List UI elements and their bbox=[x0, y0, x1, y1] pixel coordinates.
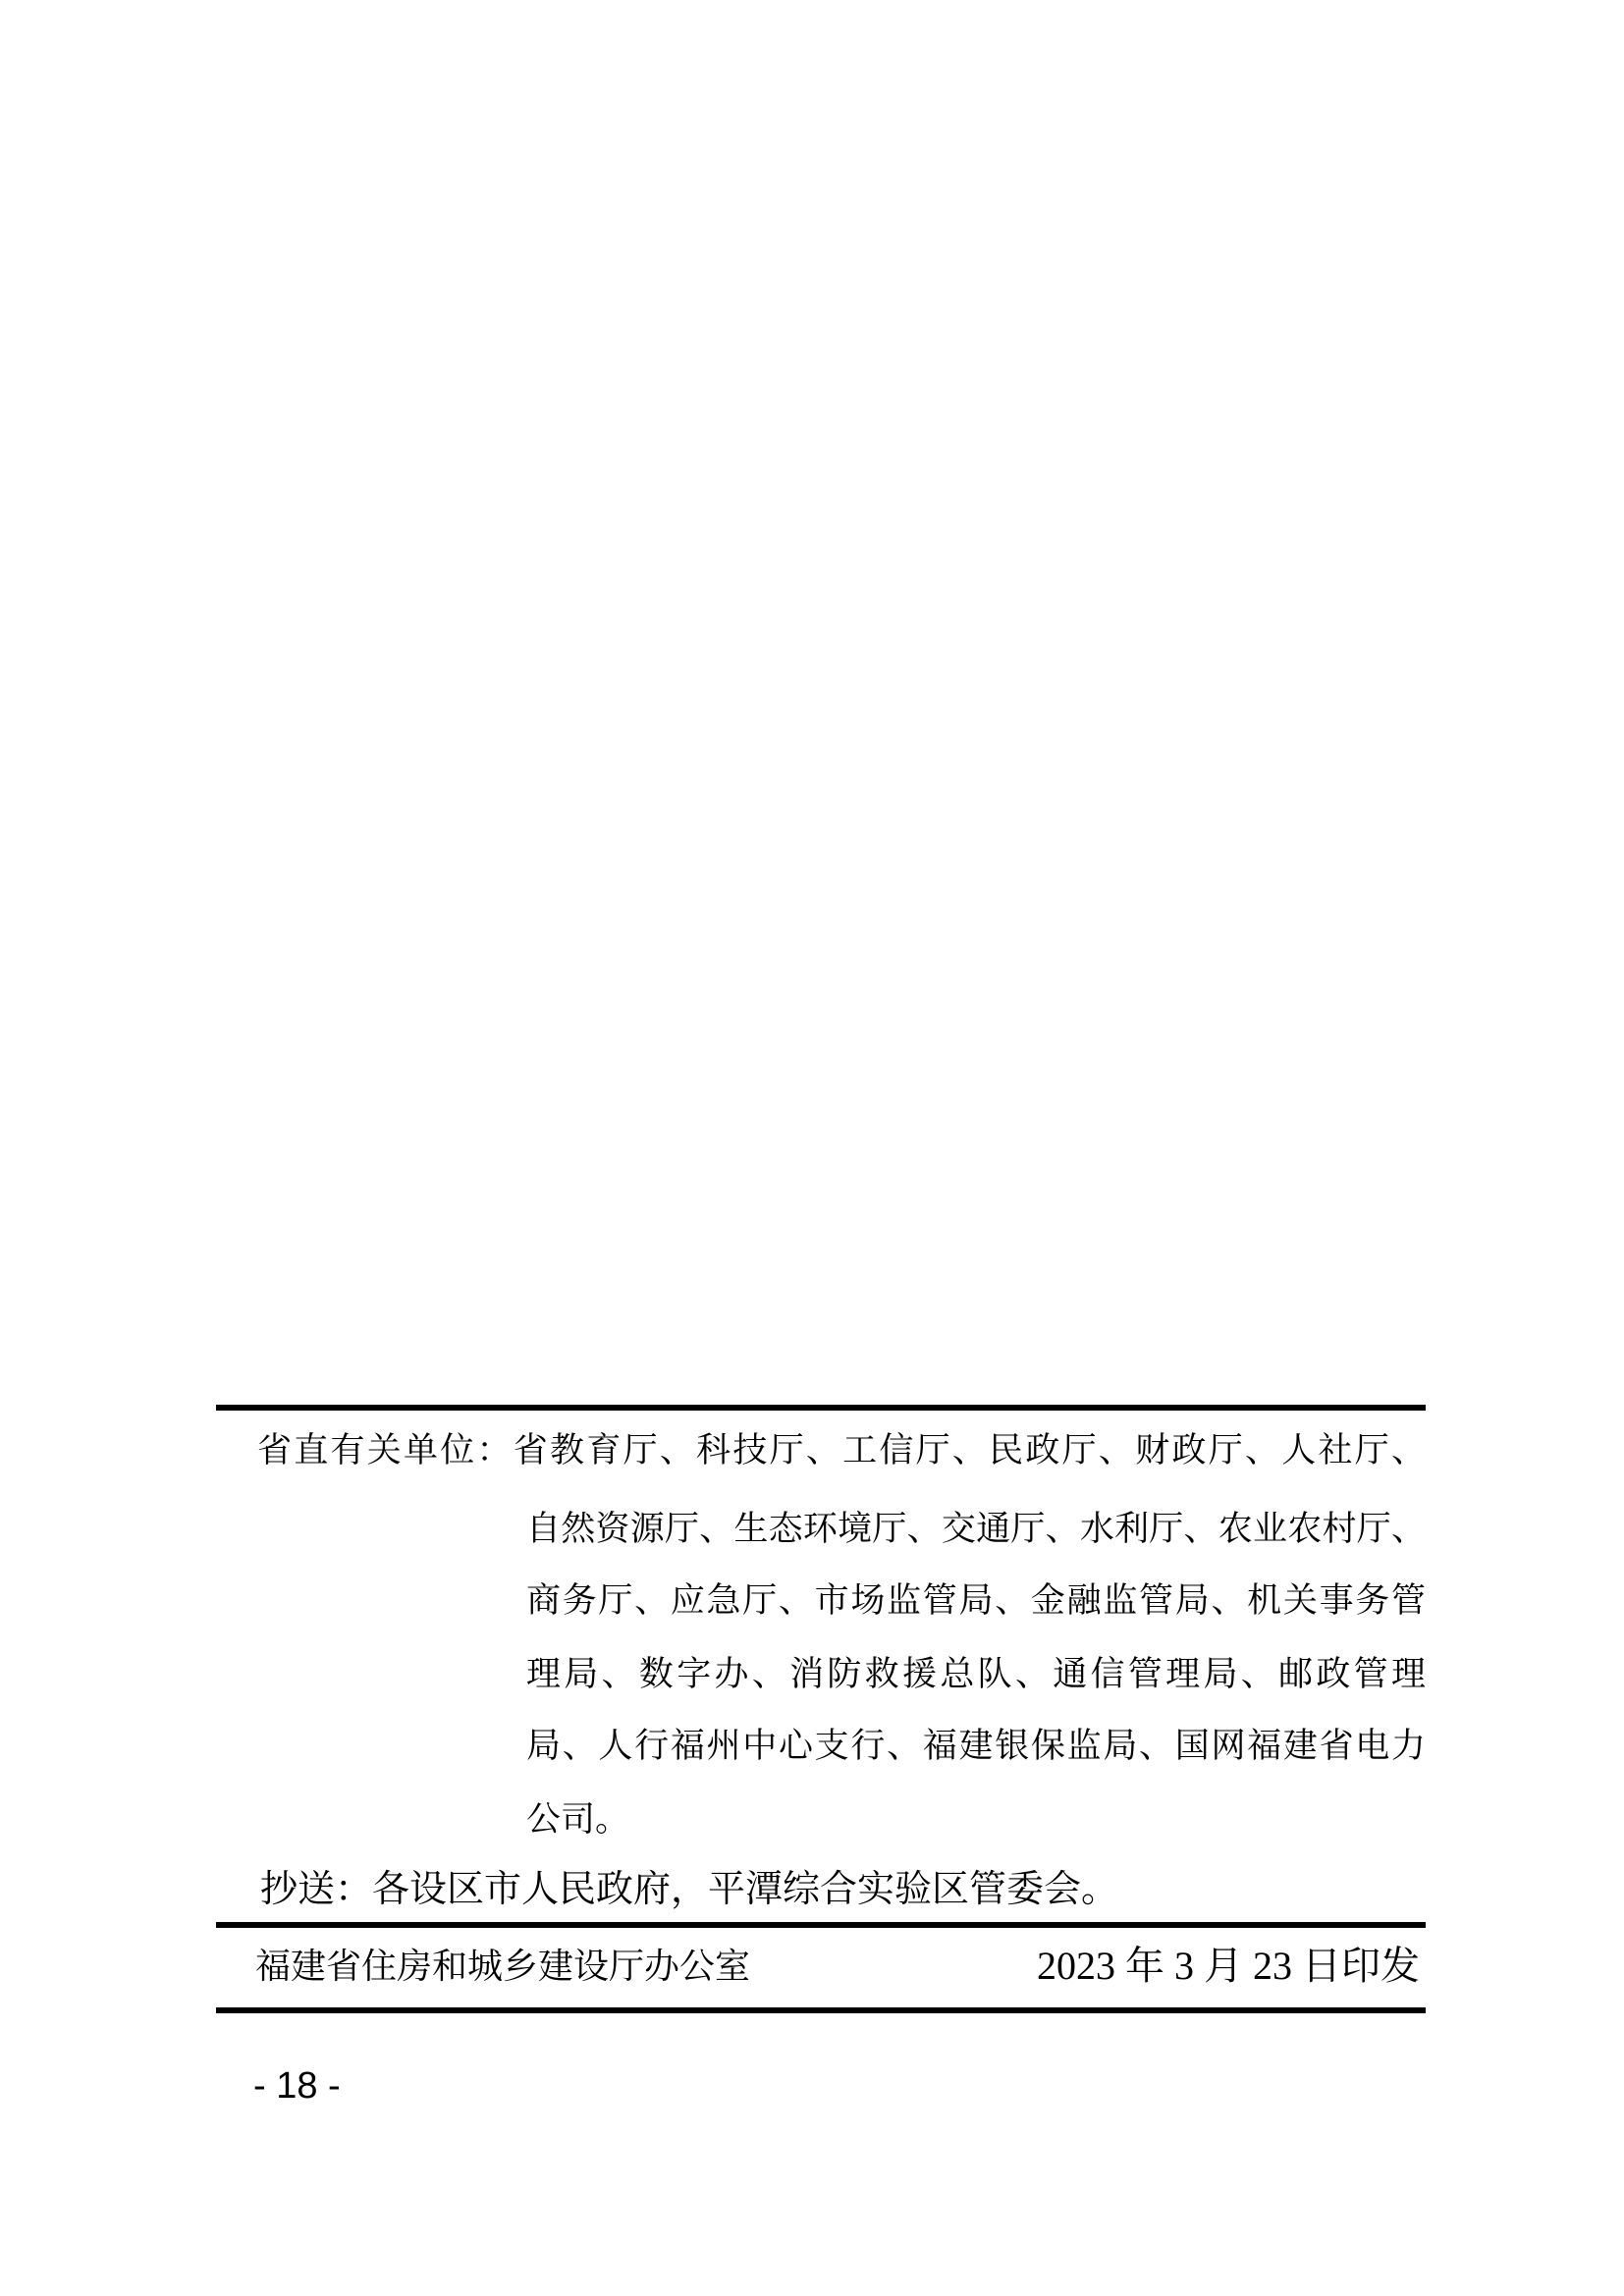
distribution-line: 公司。 bbox=[526, 1795, 629, 1844]
page-number: - 18 - bbox=[253, 2064, 341, 2108]
distribution-line: 商务厅、应急厅、市场监管局、金融监管局、机关事务管 bbox=[526, 1576, 1426, 1626]
distribution-line: 省直有关单位：省教育厅、科技厅、工信厅、民政厅、财政厅、人社厅、 bbox=[257, 1426, 1426, 1475]
footer-print-date: 2023 年 3 月 23 日印发 bbox=[1037, 1944, 1420, 1989]
distribution-line: 局、人行福州中心支行、福建银保监局、国网福建省电力 bbox=[526, 1722, 1426, 1771]
cc-line: 抄送：各设区市人民政府，平潭综合实验区管委会。 bbox=[260, 1866, 1118, 1913]
footer-bottom-rule bbox=[216, 2007, 1426, 2013]
distribution-separator-rule bbox=[216, 1405, 1426, 1411]
distribution-line: 理局、数字办、消防救援总队、通信管理局、邮政管理 bbox=[526, 1650, 1426, 1699]
footer-top-rule bbox=[216, 1922, 1426, 1928]
document-page: 省直有关单位：省教育厅、科技厅、工信厅、民政厅、财政厅、人社厅、 自然资源厅、生… bbox=[0, 0, 1624, 2296]
distribution-line: 自然资源厅、生态环境厅、交通厅、水利厅、农业农村厅、 bbox=[526, 1505, 1426, 1554]
footer-issuer: 福建省住房和城乡建设厅办公室 bbox=[255, 1944, 750, 1989]
